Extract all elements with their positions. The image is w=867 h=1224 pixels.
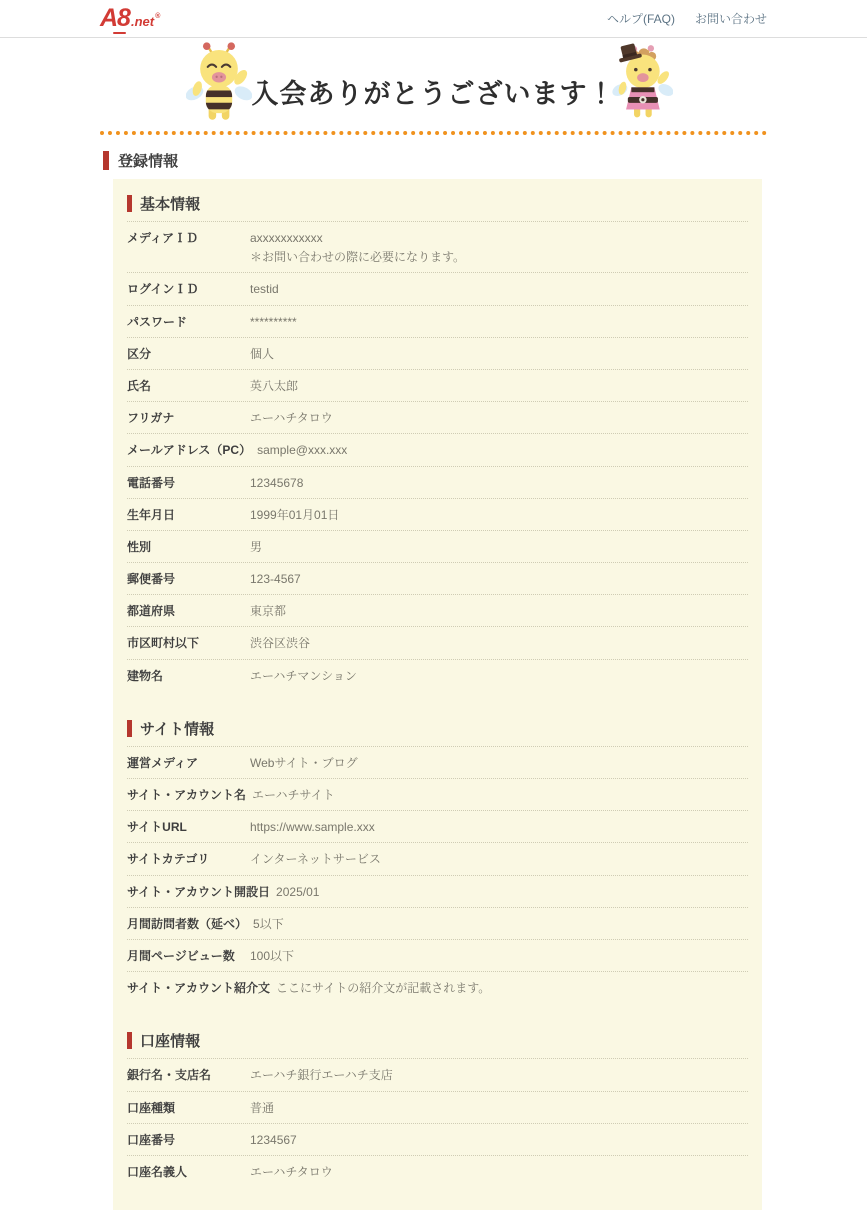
section-title-label: 口座情報 bbox=[140, 1030, 200, 1051]
row-label: 月間ページビュー数 bbox=[127, 948, 250, 964]
info-row: 運営メディア Webサイト・ブログ bbox=[127, 747, 748, 779]
row-value: Webサイト・ブログ bbox=[250, 755, 748, 771]
info-section: 基本情報 メディアＩＤ axxxxxxxxxxx ＊お問い合わせの際に必要になり… bbox=[127, 191, 748, 694]
logo-underline bbox=[113, 32, 126, 34]
info-section: 口座情報 銀行名・支店名 エーハチ銀行エーハチ支店 口座種類 普通 口座番号 1… bbox=[127, 1028, 748, 1190]
logo-net-text: .net bbox=[131, 15, 154, 28]
row-value: 100以下 bbox=[250, 948, 748, 964]
welcome-banner: 入会ありがとうございます！ bbox=[0, 38, 867, 135]
info-row: 氏名 英八太郎 bbox=[127, 370, 748, 402]
row-content: エーハチタロウ bbox=[250, 410, 748, 426]
row-content: 普通 bbox=[250, 1100, 748, 1116]
row-value: 12345678 bbox=[250, 475, 748, 491]
registration-info-heading: 登録情報 bbox=[100, 150, 767, 171]
info-row: 都道府県 東京都 bbox=[127, 595, 748, 627]
row-content: 1234567 bbox=[250, 1132, 748, 1148]
row-label: 電話番号 bbox=[127, 475, 250, 491]
info-row: 区分 個人 bbox=[127, 338, 748, 370]
row-label: 運営メディア bbox=[127, 755, 250, 771]
row-label: 口座名義人 bbox=[127, 1164, 250, 1180]
header-nav: ヘルプ(FAQ) お問い合わせ bbox=[607, 10, 767, 27]
row-value: https://www.sample.xxx bbox=[250, 819, 748, 835]
info-row: サイト・アカウント名 エーハチサイト bbox=[127, 779, 748, 811]
red-accent-bar bbox=[127, 195, 132, 212]
row-label: 銀行名・支店名 bbox=[127, 1067, 250, 1083]
info-row: 生年月日 1999年01月01日 bbox=[127, 499, 748, 531]
row-content: エーハチタロウ bbox=[250, 1164, 748, 1180]
section-rows: 銀行名・支店名 エーハチ銀行エーハチ支店 口座種類 普通 口座番号 123456… bbox=[127, 1059, 748, 1190]
site-header: A8.net® ヘルプ(FAQ) お問い合わせ bbox=[0, 0, 867, 38]
row-label: メディアＩＤ bbox=[127, 230, 250, 246]
info-row: 口座名義人 エーハチタロウ bbox=[127, 1156, 748, 1190]
info-row: 電話番号 12345678 bbox=[127, 467, 748, 499]
info-row: メディアＩＤ axxxxxxxxxxx ＊お問い合わせの際に必要になります。 bbox=[127, 222, 748, 273]
row-content: testid bbox=[250, 281, 748, 297]
row-value: インターネットサービス bbox=[250, 851, 748, 867]
row-content: 英八太郎 bbox=[250, 378, 748, 394]
info-row: パスワード ********** bbox=[127, 306, 748, 338]
row-label: 月間訪問者数（延べ） bbox=[127, 916, 253, 932]
section-title-label: 基本情報 bbox=[140, 193, 200, 214]
row-content: 東京都 bbox=[250, 603, 748, 619]
row-content: 男 bbox=[250, 539, 748, 555]
section-header: 基本情報 bbox=[127, 191, 748, 222]
logo-registered-mark: ® bbox=[155, 13, 160, 20]
info-row: 市区町村以下 渋谷区渋谷 bbox=[127, 627, 748, 659]
row-label: サイト・アカウント開設日 bbox=[127, 884, 276, 900]
row-value: 個人 bbox=[250, 346, 748, 362]
row-value: エーハチタロウ bbox=[250, 410, 748, 426]
row-label: 性別 bbox=[127, 539, 250, 555]
red-accent-bar bbox=[103, 151, 109, 170]
row-label: 市区町村以下 bbox=[127, 635, 250, 651]
main-content: 登録情報 基本情報 メディアＩＤ axxxxxxxxxxx ＊お問い合わせの際に… bbox=[100, 150, 767, 1210]
row-value: エーハチ銀行エーハチ支店 bbox=[250, 1067, 748, 1083]
row-content: 5以下 bbox=[253, 916, 748, 932]
row-label: ログインＩＤ bbox=[127, 281, 250, 297]
row-content: 123-4567 bbox=[250, 571, 748, 587]
red-accent-bar bbox=[127, 720, 132, 737]
registration-info-title: 登録情報 bbox=[118, 150, 178, 171]
row-label: 口座種類 bbox=[127, 1100, 250, 1116]
row-content: エーハチマンション bbox=[250, 668, 748, 684]
row-content: エーハチサイト bbox=[252, 787, 748, 803]
section-rows: 運営メディア Webサイト・ブログ サイト・アカウント名 エーハチサイト サイト… bbox=[127, 747, 748, 1007]
row-value: エーハチマンション bbox=[250, 668, 748, 684]
row-content: ここにサイトの紹介文が記載されます。 bbox=[276, 980, 748, 996]
logo-a8-text: A8 bbox=[100, 6, 130, 31]
info-row: 口座番号 1234567 bbox=[127, 1124, 748, 1156]
row-value: エーハチタロウ bbox=[250, 1164, 748, 1180]
row-label: メールアドレス（PC） bbox=[127, 442, 257, 458]
row-value: 1234567 bbox=[250, 1132, 748, 1148]
row-value: 男 bbox=[250, 539, 748, 555]
row-label: 建物名 bbox=[127, 668, 250, 684]
row-label: サイトカテゴリ bbox=[127, 851, 250, 867]
row-label: 区分 bbox=[127, 346, 250, 362]
row-content: 渋谷区渋谷 bbox=[250, 635, 748, 651]
row-content: sample@xxx.xxx bbox=[257, 442, 748, 458]
row-content: 100以下 bbox=[250, 948, 748, 964]
info-row: サイト・アカウント紹介文 ここにサイトの紹介文が記載されます。 bbox=[127, 972, 748, 1006]
info-row: 銀行名・支店名 エーハチ銀行エーハチ支店 bbox=[127, 1059, 748, 1091]
row-label: 郵便番号 bbox=[127, 571, 250, 587]
row-label: パスワード bbox=[127, 314, 250, 330]
contact-link[interactable]: お問い合わせ bbox=[695, 10, 767, 27]
info-row: 性別 男 bbox=[127, 531, 748, 563]
info-row: ログインＩＤ testid bbox=[127, 273, 748, 305]
row-value: ********** bbox=[250, 314, 748, 330]
info-section: サイト情報 運営メディア Webサイト・ブログ サイト・アカウント名 エーハチサ… bbox=[127, 716, 748, 1007]
row-value: testid bbox=[250, 281, 748, 297]
row-content: Webサイト・ブログ bbox=[250, 755, 748, 771]
info-row: 郵便番号 123-4567 bbox=[127, 563, 748, 595]
section-header: サイト情報 bbox=[127, 716, 748, 747]
registration-panel: 基本情報 メディアＩＤ axxxxxxxxxxx ＊お問い合わせの際に必要になり… bbox=[113, 179, 762, 1210]
row-value: 5以下 bbox=[253, 916, 748, 932]
row-value: 普通 bbox=[250, 1100, 748, 1116]
row-value: エーハチサイト bbox=[252, 787, 748, 803]
row-content: エーハチ銀行エーハチ支店 bbox=[250, 1067, 748, 1083]
red-accent-bar bbox=[127, 1032, 132, 1049]
row-value: 123-4567 bbox=[250, 571, 748, 587]
row-content: 1999年01月01日 bbox=[250, 507, 748, 523]
info-row: サイトURL https://www.sample.xxx bbox=[127, 811, 748, 843]
row-label: 口座番号 bbox=[127, 1132, 250, 1148]
info-row: フリガナ エーハチタロウ bbox=[127, 402, 748, 434]
section-rows: メディアＩＤ axxxxxxxxxxx ＊お問い合わせの際に必要になります。 ロ… bbox=[127, 222, 748, 694]
row-value: 2025/01 bbox=[276, 884, 748, 900]
row-value: 渋谷区渋谷 bbox=[250, 635, 748, 651]
row-value: 東京都 bbox=[250, 603, 748, 619]
row-value: 1999年01月01日 bbox=[250, 507, 748, 523]
info-row: サイトカテゴリ インターネットサービス bbox=[127, 843, 748, 875]
section-header: 口座情報 bbox=[127, 1028, 748, 1059]
row-note: ＊お問い合わせの際に必要になります。 bbox=[250, 249, 748, 265]
info-row: メールアドレス（PC） sample@xxx.xxx bbox=[127, 434, 748, 466]
row-label: フリガナ bbox=[127, 410, 250, 426]
row-value: sample@xxx.xxx bbox=[257, 442, 748, 458]
row-label: サイト・アカウント名 bbox=[127, 787, 252, 803]
row-label: 氏名 bbox=[127, 378, 250, 394]
row-value: 英八太郎 bbox=[250, 378, 748, 394]
row-label: サイトURL bbox=[127, 819, 250, 835]
row-label: サイト・アカウント紹介文 bbox=[127, 980, 276, 996]
row-content: ********** bbox=[250, 314, 748, 330]
row-content: インターネットサービス bbox=[250, 851, 748, 867]
row-content: https://www.sample.xxx bbox=[250, 819, 748, 835]
row-content: 個人 bbox=[250, 346, 748, 362]
row-value: ここにサイトの紹介文が記載されます。 bbox=[276, 980, 748, 996]
info-row: サイト・アカウント開設日 2025/01 bbox=[127, 876, 748, 908]
info-row: 月間訪問者数（延べ） 5以下 bbox=[127, 908, 748, 940]
info-row: 月間ページビュー数 100以下 bbox=[127, 940, 748, 972]
row-label: 都道府県 bbox=[127, 603, 250, 619]
info-row: 口座種類 普通 bbox=[127, 1092, 748, 1124]
row-value: axxxxxxxxxxx bbox=[250, 230, 748, 246]
help-faq-link[interactable]: ヘルプ(FAQ) bbox=[607, 10, 675, 27]
row-label: 生年月日 bbox=[127, 507, 250, 523]
a8net-logo[interactable]: A8.net® bbox=[100, 6, 160, 31]
row-content: axxxxxxxxxxx ＊お問い合わせの際に必要になります。 bbox=[250, 230, 748, 265]
row-content: 12345678 bbox=[250, 475, 748, 491]
section-title-label: サイト情報 bbox=[140, 718, 214, 739]
info-row: 建物名 エーハチマンション bbox=[127, 660, 748, 694]
row-content: 2025/01 bbox=[276, 884, 748, 900]
bee-mascot-right-icon bbox=[611, 41, 673, 128]
